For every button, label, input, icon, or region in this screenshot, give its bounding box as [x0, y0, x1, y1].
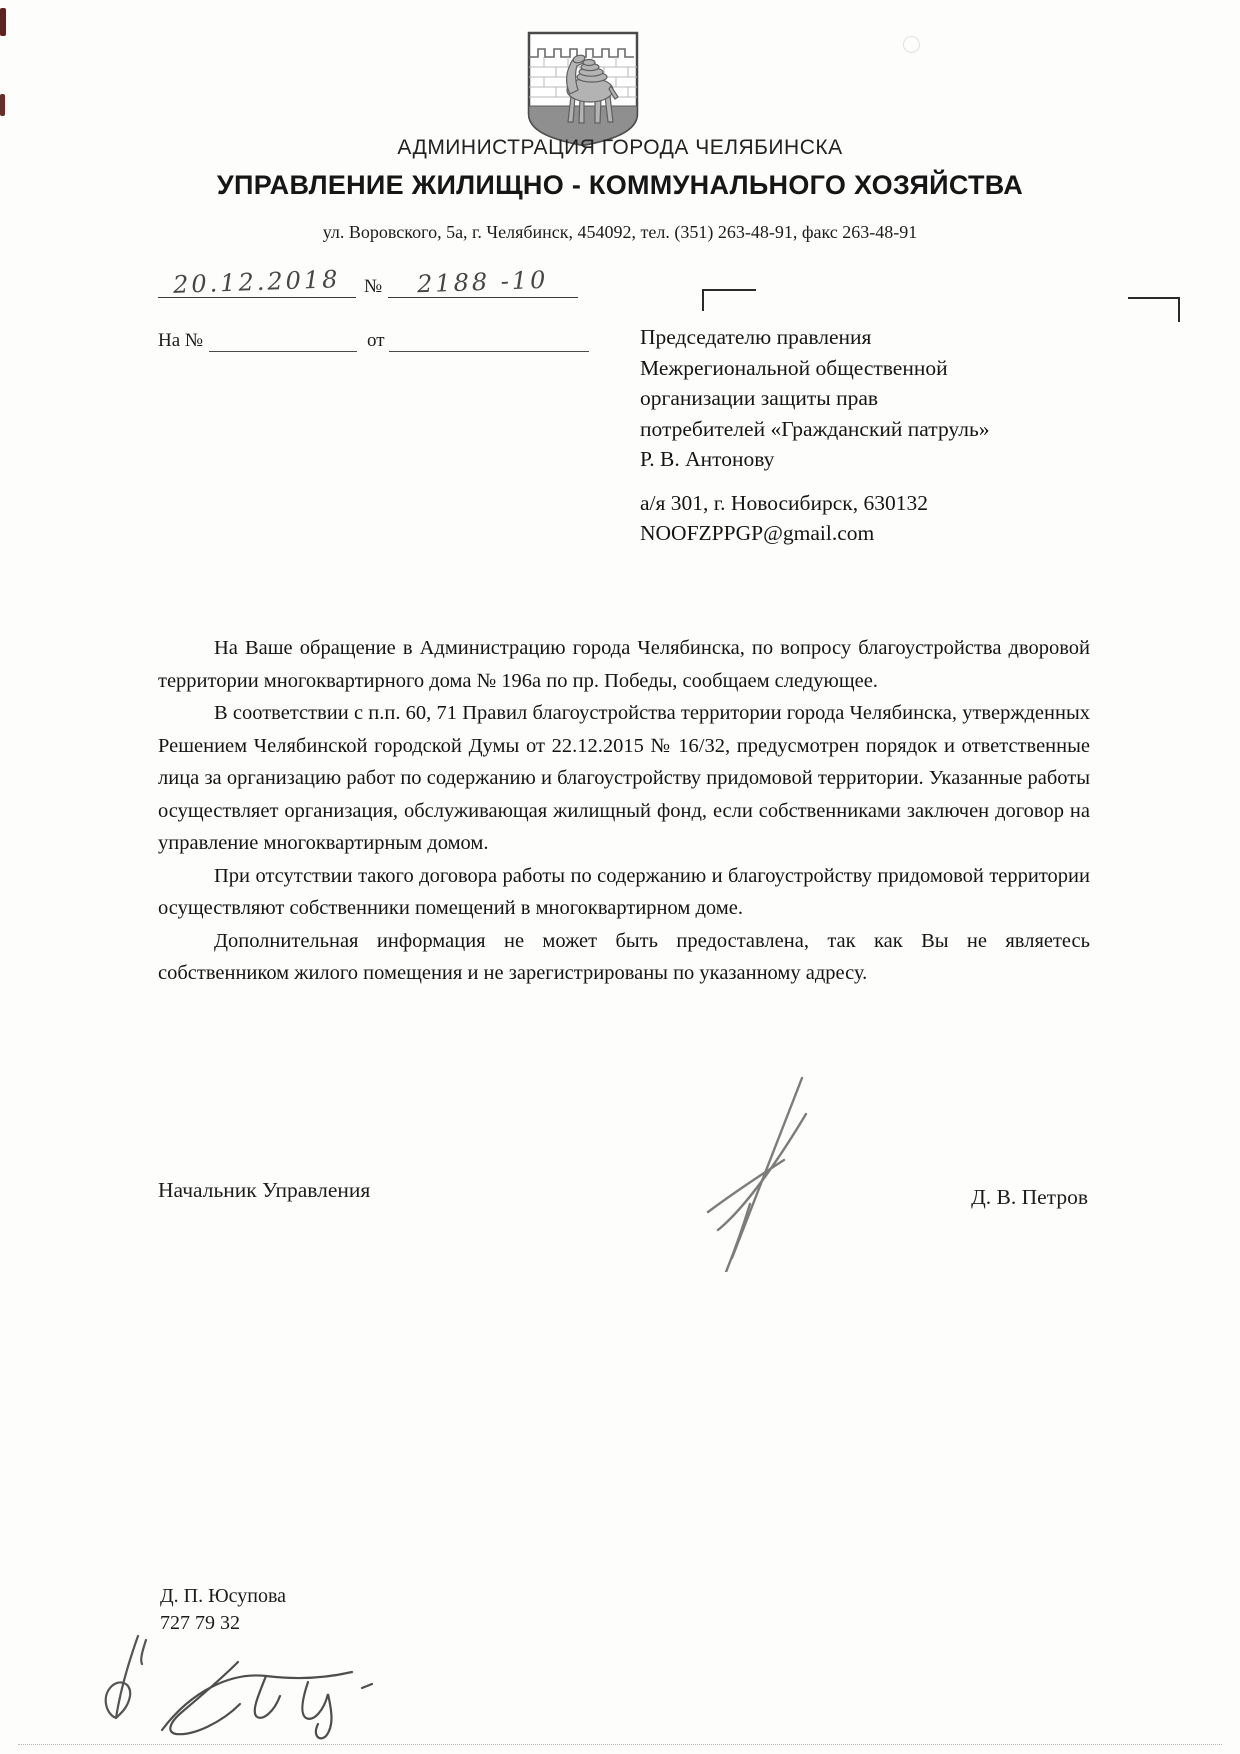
reply-date-blank-field — [389, 331, 589, 352]
recipient-name: Р. В. Антонову — [640, 444, 1090, 475]
outgoing-number-field: 2188 -10 — [388, 268, 578, 298]
recipient-line: Межрегиональной общественной — [640, 353, 1090, 384]
outgoing-date-field: 20.12.2018 — [158, 268, 356, 298]
body-paragraph: При отсутствии такого договора работы по… — [158, 860, 1090, 925]
handwritten-number: 2188 -10 — [417, 266, 549, 299]
recipient-email: NOOFZPPGP@gmail.com — [640, 518, 1090, 549]
executor-name: Д. П. Юсупова — [160, 1583, 286, 1610]
recipient-line: организации защиты прав — [640, 383, 1090, 414]
parent-organization-name: АДМИНИСТРАЦИЯ ГОРОДА ЧЕЛЯБИНСКА — [0, 136, 1240, 160]
address-corner-mark-right — [1128, 297, 1180, 322]
recipient-line: потребителей «Гражданский патруль» — [640, 414, 1090, 445]
scan-artifact — [0, 94, 5, 116]
reply-to-label: На № — [158, 330, 203, 352]
letter-body: На Ваше обращение в Администрацию города… — [158, 632, 1090, 990]
handwritten-signature-mark — [148, 1652, 388, 1752]
scan-artifact — [0, 8, 6, 36]
incoming-reference-row: На № от — [158, 304, 628, 352]
body-paragraph: Дополнительная информация не может быть … — [158, 925, 1090, 990]
body-paragraph: В соответствии с п.п. 60, 71 Правил благ… — [158, 697, 1090, 860]
petrov-handwritten-signature — [698, 1062, 838, 1272]
organization-name: УПРАВЛЕНИЕ ЖИЛИЩНО - КОММУНАЛЬНОГО ХОЗЯЙ… — [0, 170, 1240, 201]
scan-bottom-edge — [18, 1744, 1222, 1745]
scan-artifact — [903, 36, 920, 53]
executor-phone: 727 79 32 — [160, 1610, 286, 1637]
body-paragraph: На Ваше обращение в Администрацию города… — [158, 632, 1090, 697]
outgoing-number-row: 20.12.2018 № 2188 -10 — [158, 252, 628, 298]
scanned-letter-page: АДМИНИСТРАЦИЯ ГОРОДА ЧЕЛЯБИНСКА УПРАВЛЕН… — [0, 0, 1240, 1754]
recipient-line: Председателю правления — [640, 322, 1090, 353]
signatory-position-title: Начальник Управления — [158, 1178, 370, 1203]
reply-number-blank-field — [209, 331, 357, 352]
number-sign-label: № — [364, 276, 382, 298]
address-corner-mark-left — [702, 289, 756, 311]
reply-date-label: от — [367, 330, 385, 352]
reference-block: 20.12.2018 № 2188 -10 На № от — [158, 252, 628, 352]
coat-of-arms-camel-icon — [524, 28, 642, 150]
organization-address-line: ул. Воровского, 5а, г. Челябинск, 454092… — [0, 222, 1240, 243]
signatory-name: Д. В. Петров — [971, 1185, 1088, 1210]
executor-block: Д. П. Юсупова 727 79 32 — [160, 1583, 286, 1637]
handwritten-date: 20.12.2018 — [173, 265, 341, 299]
recipient-block: Председателю правления Межрегиональной о… — [640, 322, 1090, 549]
recipient-postal-address: а/я 301, г. Новосибирск, 630132 — [640, 488, 1090, 519]
